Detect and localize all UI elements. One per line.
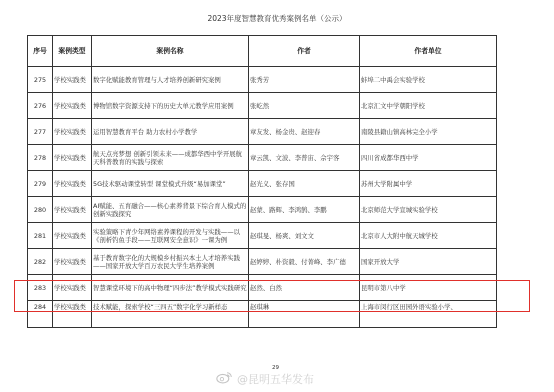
cell-no: 275 — [28, 67, 53, 93]
table-row: 275 学校实践类 数字化赋能教育管理与人才培养创新研究案例 张秀芳 蚌埠二中禹… — [28, 67, 497, 93]
cell-type: 学校实践类 — [53, 223, 92, 249]
highlight-box — [14, 280, 530, 312]
document-title: 2023年度智慧教育优秀案例名单（公示） — [0, 13, 554, 24]
cell-name: 数字化赋能教育管理与人才培养创新研究案例 — [92, 67, 249, 93]
cell-no: 277 — [28, 119, 53, 145]
cell-type: 学校实践类 — [53, 119, 92, 145]
cell-unit: 北京师范大学宣城实验学校 — [360, 197, 497, 223]
cell-author: 赵琪旻、杨爽、刘文文 — [249, 223, 360, 249]
cell-name: 基于教育数字化的大规模乡村振兴本土人才培养实践——国家开放大学百万农民大学生培养… — [92, 249, 249, 275]
cell-no: 281 — [28, 223, 53, 249]
header-unit: 作者单位 — [360, 36, 497, 67]
cell-type: 学校实践类 — [53, 171, 92, 197]
table-row: 280 学校实践类 AI赋能、五育融合——核心素养背景下综合育人模式的创新实践探… — [28, 197, 497, 223]
cell-author: 赵光义、张存国 — [249, 171, 360, 197]
table-row: 281 学校实践类 实验策略下青少年网络素养课程的开发与实践——以《剖析钓鱼手段… — [28, 223, 497, 249]
cell-author: 章友发、杨金贵、赵迎春 — [249, 119, 360, 145]
cell-author: 章云凯、文波、李普宙、佘宇客 — [249, 145, 360, 171]
cell-no: 278 — [28, 145, 53, 171]
cell-unit: 苏州大学附属中学 — [360, 171, 497, 197]
cell-unit: 四川省成都华西中学 — [360, 145, 497, 171]
cell-name: AI赋能、五育融合——核心素养背景下综合育人模式的创新实践探究 — [92, 197, 249, 223]
cell-no: 276 — [28, 93, 53, 119]
cell-type: 学校实践类 — [53, 197, 92, 223]
cell-type: 学校实践类 — [53, 67, 92, 93]
cell-no: 279 — [28, 171, 53, 197]
cell-name: 5G技术驱动课堂转型 课堂模式升级“易加课堂” — [92, 171, 249, 197]
cell-author: 张秀芳 — [249, 67, 360, 93]
header-type: 案例类型 — [53, 36, 92, 67]
header-author: 作者 — [249, 36, 360, 67]
cell-author: 赵婷婷、朴资毅、付菁峰、李广德 — [249, 249, 360, 275]
watermark-text: @昆明五华发布 — [237, 371, 314, 387]
cell-no: 282 — [28, 249, 53, 275]
header-no: 序号 — [28, 36, 53, 67]
cell-type: 学校实践类 — [53, 145, 92, 171]
table-row: 277 学校实践类 运用智慧教育平台 助力农村小学教学 章友发、杨金贵、赵迎春 … — [28, 119, 497, 145]
table-row: 278 学校实践类 航天点亮梦想 创新引领未来——成都华西中学开展航天科普教育的… — [28, 145, 497, 171]
cell-author: 赵蒙、路辉、李鸿鹄、李鹏 — [249, 197, 360, 223]
cell-type: 学校实践类 — [53, 249, 92, 275]
weibo-icon — [216, 370, 233, 387]
cell-name: 实验策略下青少年网络素养课程的开发与实践——以《剖析钓鱼手段——互联网安全意识》… — [92, 223, 249, 249]
table-row: 279 学校实践类 5G技术驱动课堂转型 课堂模式升级“易加课堂” 赵光义、张存… — [28, 171, 497, 197]
table-row: 276 学校实践类 博物馆数字资源支持下的历史大单元教学应用案例 张屹然 北京汇… — [28, 93, 497, 119]
cell-no: 280 — [28, 197, 53, 223]
cell-type: 学校实践类 — [53, 93, 92, 119]
cell-unit: 北京市人大附中航天城学校 — [360, 223, 497, 249]
cell-unit: 国家开放大学 — [360, 249, 497, 275]
cell-unit: 蚌埠二中禹会实验学校 — [360, 67, 497, 93]
table-row: 282 学校实践类 基于教育数字化的大规模乡村振兴本土人才培养实践——国家开放大… — [28, 249, 497, 275]
table-header-row: 序号 案例类型 案例名称 作者 作者单位 — [28, 36, 497, 67]
header-name: 案例名称 — [92, 36, 249, 67]
cell-unit: 北京汇文中学朝阳学校 — [360, 93, 497, 119]
cell-author: 张屹然 — [249, 93, 360, 119]
cell-name: 航天点亮梦想 创新引领未来——成都华西中学开展航天科普教育的实践与探索 — [92, 145, 249, 171]
cell-name: 运用智慧教育平台 助力农村小学教学 — [92, 119, 249, 145]
cell-unit: 南陵县籍山镇高林完全小学 — [360, 119, 497, 145]
cell-name: 博物馆数字资源支持下的历史大单元教学应用案例 — [92, 93, 249, 119]
watermark: @昆明五华发布 — [216, 370, 314, 387]
